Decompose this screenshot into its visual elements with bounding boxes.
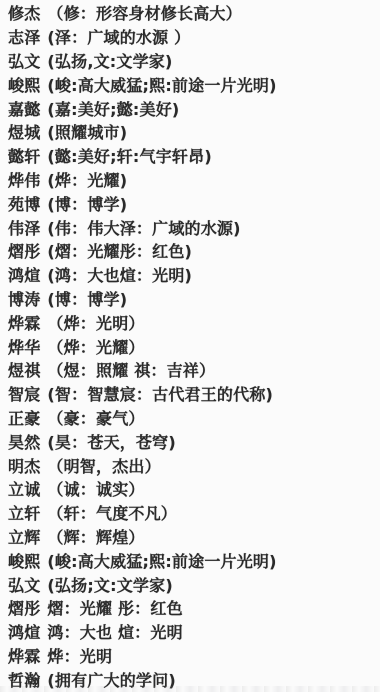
name-meaning: （辉：辉煌） bbox=[47, 525, 144, 548]
boy-name: 伟泽 bbox=[8, 216, 40, 239]
boy-name: 智宸 bbox=[8, 382, 40, 405]
name-meaning: (峻:高大威猛;熙:前途一片光明) bbox=[47, 73, 276, 96]
boy-name: 熠彤 bbox=[8, 596, 40, 619]
boy-name: 嘉懿 bbox=[8, 97, 40, 120]
boy-name: 熠彤 bbox=[8, 239, 40, 262]
boy-name: 烨霖 bbox=[8, 644, 40, 667]
boy-name: 明杰 bbox=[8, 454, 40, 477]
name-meaning: （煜：照耀 祺：吉祥） bbox=[47, 358, 215, 381]
boy-name: 立诚 bbox=[8, 477, 40, 500]
boy-name: 烨华 bbox=[8, 335, 40, 358]
name-meaning: 烨：光明 bbox=[47, 644, 112, 667]
name-meaning: (烨：光耀) bbox=[47, 168, 127, 191]
list-item: 鸿煊(鸿：大也煊：光明) bbox=[8, 263, 380, 287]
list-item: 博涛(博：博学) bbox=[8, 287, 380, 311]
list-item: 伟泽(伟：伟大泽：广域的水源) bbox=[8, 215, 380, 239]
jpeg-noise-strip bbox=[0, 686, 380, 692]
name-meaning: (弘扬,文:文学家) bbox=[47, 49, 172, 72]
boy-name: 志泽 bbox=[8, 25, 40, 48]
boy-name: 博涛 bbox=[8, 287, 40, 310]
list-item: 烨霖（烨：光明） bbox=[8, 310, 380, 334]
name-meaning: (昊：苍天，苍穹) bbox=[47, 430, 175, 453]
name-meaning: （诚：诚实） bbox=[47, 477, 144, 500]
name-meaning: (智：智慧宸：古代君王的代称) bbox=[47, 382, 273, 405]
name-meaning: (博：博学) bbox=[47, 287, 127, 310]
boy-name: 昊然 bbox=[8, 430, 40, 453]
list-item: 修杰（修：形容身材修长高大） bbox=[8, 1, 380, 25]
boy-name: 煜城 bbox=[8, 120, 40, 143]
boy-name: 煜祺 bbox=[8, 358, 40, 381]
list-item: 熠彤熠：光耀 彤：红色 bbox=[8, 596, 380, 620]
name-meaning: (熠：光耀彤：红色) bbox=[47, 239, 192, 262]
list-item: 明杰（明智，杰出） bbox=[8, 453, 380, 477]
boy-name: 修杰 bbox=[8, 1, 40, 24]
name-meaning: 熠：光耀 彤：红色 bbox=[47, 596, 182, 619]
boy-name: 立轩 bbox=[8, 501, 40, 524]
list-item: 立辉（辉：辉煌） bbox=[8, 525, 380, 549]
name-meaning: (博：博学) bbox=[47, 192, 127, 215]
list-item: 立轩（轩：气度不凡） bbox=[8, 501, 380, 525]
boy-name: 苑博 bbox=[8, 192, 40, 215]
name-list-page: 修杰（修：形容身材修长高大）志泽(泽：广域的水源 ）弘文(弘扬,文:文学家)峻熙… bbox=[0, 0, 380, 692]
name-meaning: （轩：气度不凡） bbox=[47, 501, 177, 524]
name-meaning: (嘉:美好;懿:美好) bbox=[47, 97, 179, 120]
boy-name: 立辉 bbox=[8, 525, 40, 548]
list-item: 烨霖烨：光明 bbox=[8, 644, 380, 668]
list-item: 智宸(智：智慧宸：古代君王的代称) bbox=[8, 382, 380, 406]
list-item: 正豪（豪：豪气） bbox=[8, 406, 380, 430]
name-list: 修杰（修：形容身材修长高大）志泽(泽：广域的水源 ）弘文(弘扬,文:文学家)峻熙… bbox=[8, 1, 380, 691]
name-meaning: (照耀城市) bbox=[47, 120, 127, 143]
name-meaning: (鸿：大也煊：光明) bbox=[47, 263, 192, 286]
list-item: 鸿煊鸿：大也 煊：光明 bbox=[8, 620, 380, 644]
boy-name: 懿轩 bbox=[8, 144, 40, 167]
boy-name: 鸿煊 bbox=[8, 263, 40, 286]
name-meaning: （豪：豪气） bbox=[47, 406, 144, 429]
list-item: 嘉懿(嘉:美好;懿:美好) bbox=[8, 96, 380, 120]
name-meaning: （明智，杰出） bbox=[47, 454, 160, 477]
list-item: 峻熙(峻:高大威猛;熙:前途一片光明) bbox=[8, 548, 380, 572]
name-meaning: (伟：伟大泽：广域的水源) bbox=[47, 216, 240, 239]
list-item: 烨伟(烨：光耀) bbox=[8, 168, 380, 192]
list-item: 峻熙(峻:高大威猛;熙:前途一片光明) bbox=[8, 72, 380, 96]
boy-name: 鸿煊 bbox=[8, 620, 40, 643]
boy-name: 弘文 bbox=[8, 49, 40, 72]
name-meaning: （烨：光明） bbox=[47, 311, 144, 334]
name-meaning: （修：形容身材修长高大） bbox=[47, 1, 241, 24]
name-meaning: (泽：广域的水源 ） bbox=[47, 25, 190, 48]
name-meaning: （烨：光耀） bbox=[47, 335, 144, 358]
boy-name: 烨霖 bbox=[8, 311, 40, 334]
name-meaning: (弘扬;文:文学家) bbox=[47, 573, 172, 596]
list-item: 弘文(弘扬,文:文学家) bbox=[8, 49, 380, 73]
list-item: 苑博(博：博学) bbox=[8, 191, 380, 215]
list-item: 志泽(泽：广域的水源 ） bbox=[8, 25, 380, 49]
list-item: 煜城(照耀城市) bbox=[8, 120, 380, 144]
list-item: 昊然(昊：苍天，苍穹) bbox=[8, 429, 380, 453]
boy-name: 峻熙 bbox=[8, 549, 40, 572]
boy-name: 弘文 bbox=[8, 573, 40, 596]
boy-name: 峻熙 bbox=[8, 73, 40, 96]
list-item: 立诚（诚：诚实） bbox=[8, 477, 380, 501]
list-item: 弘文(弘扬;文:文学家) bbox=[8, 572, 380, 596]
boy-name: 正豪 bbox=[8, 406, 40, 429]
name-meaning: (峻:高大威猛;熙:前途一片光明) bbox=[47, 549, 276, 572]
list-item: 熠彤(熠：光耀彤：红色) bbox=[8, 239, 380, 263]
name-meaning: (懿:美好;轩:气宇轩昂) bbox=[47, 144, 211, 167]
list-item: 烨华（烨：光耀） bbox=[8, 334, 380, 358]
boy-name: 烨伟 bbox=[8, 168, 40, 191]
list-item: 懿轩(懿:美好;轩:气宇轩昂) bbox=[8, 144, 380, 168]
name-meaning: 鸿：大也 煊：光明 bbox=[47, 620, 182, 643]
list-item: 煜祺（煜：照耀 祺：吉祥） bbox=[8, 358, 380, 382]
